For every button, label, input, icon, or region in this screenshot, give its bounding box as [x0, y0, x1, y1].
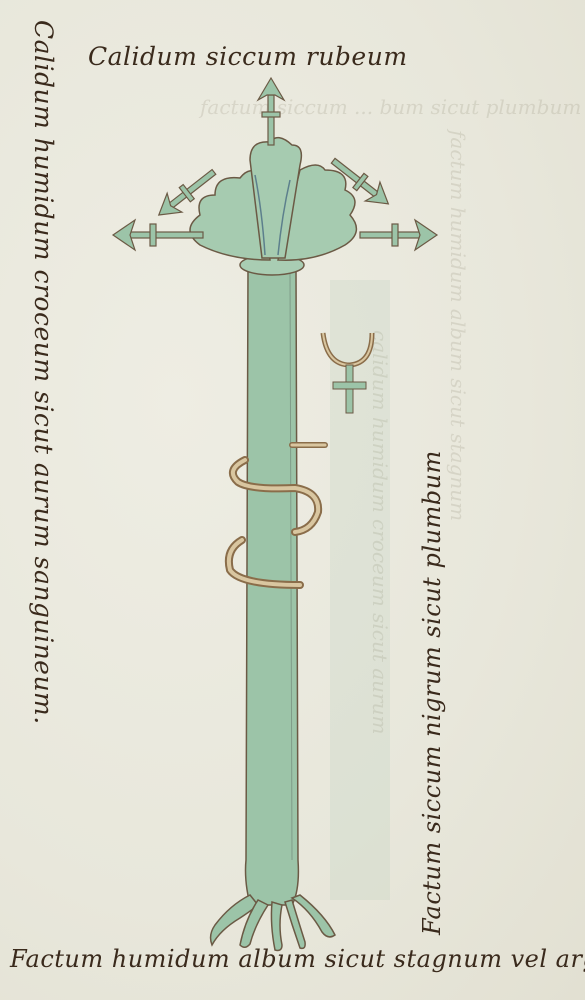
caption-right-vertical: Factum siccum nigrum sicut plumbum	[418, 450, 446, 935]
bleed-through-tree	[330, 280, 390, 900]
flower-crown	[190, 138, 356, 261]
tree-roots	[211, 895, 335, 950]
caption-top: Calidum siccum rubeum	[88, 42, 408, 71]
caption-bottom: Factum humidum album sicut stagnum vel a…	[10, 945, 585, 973]
caption-left-vertical: Calidum humidum croceum sicut aurum sang…	[29, 20, 58, 725]
alchemical-tree-illustration	[0, 0, 585, 1000]
parchment-page: factum siccum ... bum sicut plumbum fact…	[0, 0, 585, 1000]
